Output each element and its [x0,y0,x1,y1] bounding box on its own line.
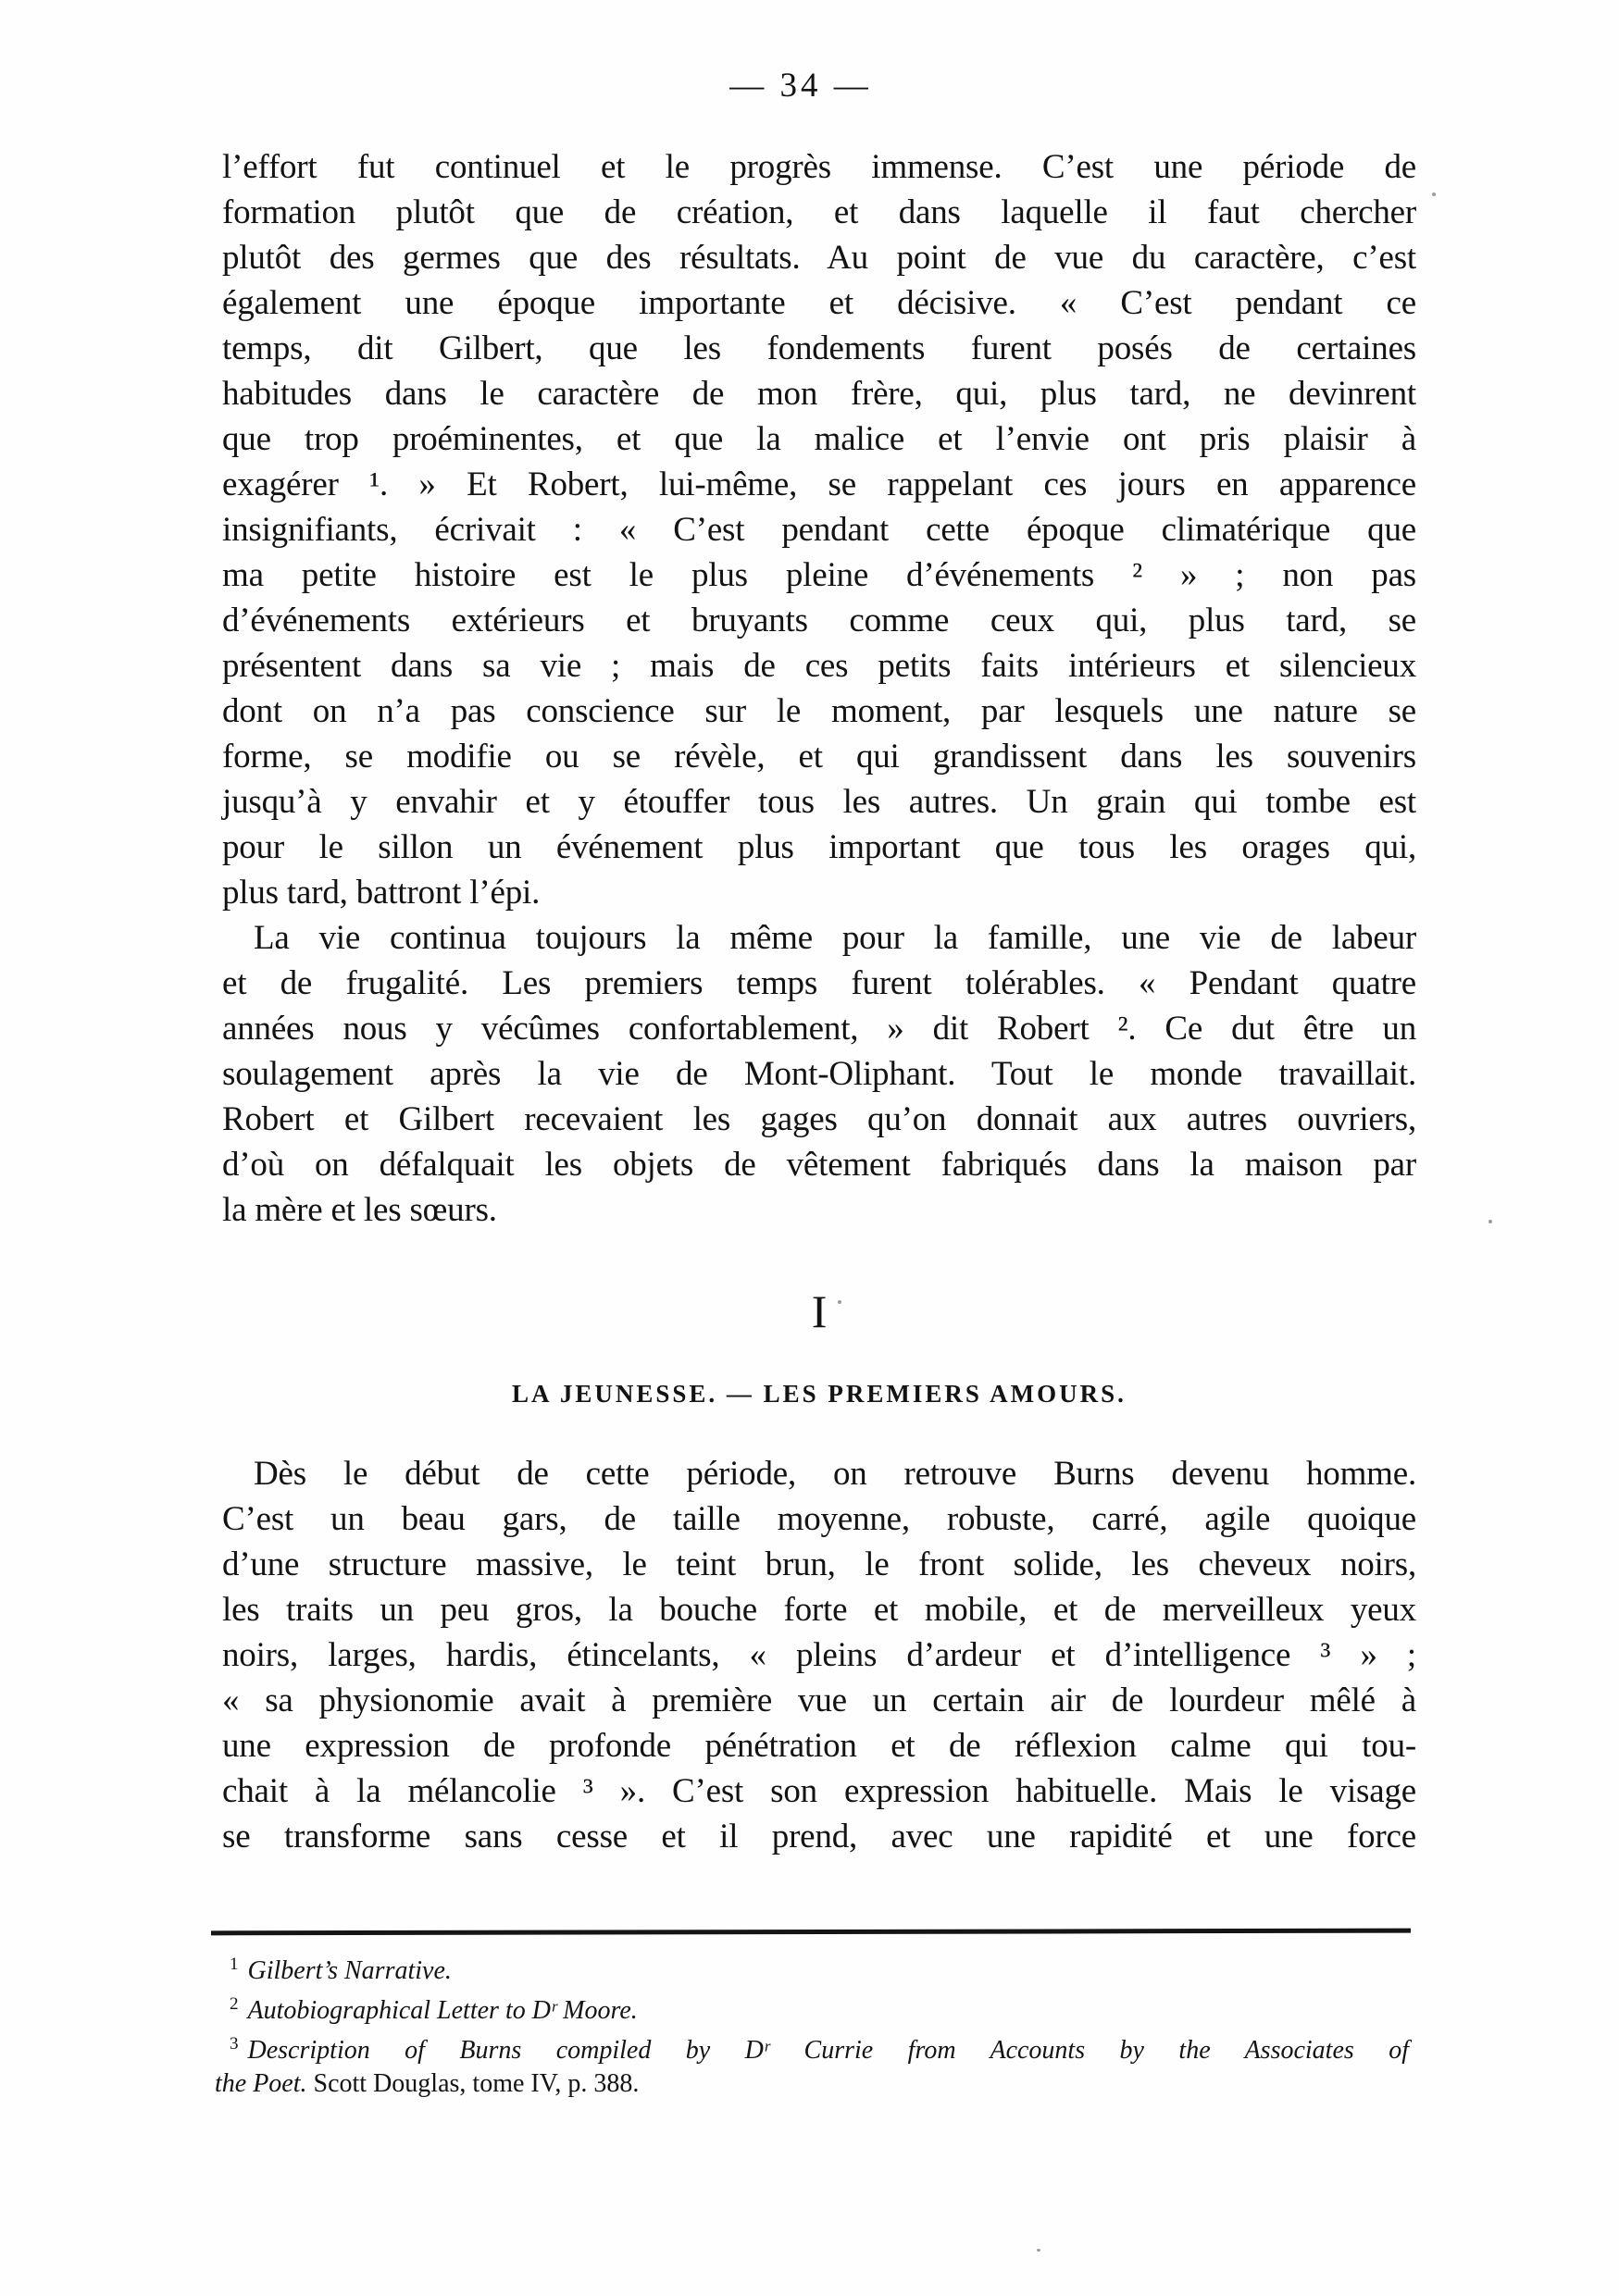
text-line: forme, se modifie ou se révèle, et qui g… [222,734,1416,779]
section-subtitle: LA JEUNESSE. — LES PREMIERS AMOURS. [222,1379,1416,1409]
text-line: La vie continua toujours la même pour la… [222,915,1416,961]
text-line: jusqu’à y envahir et y étouffer tous les… [222,779,1416,825]
text-line: la mère et les sœurs. [222,1187,1416,1233]
text-line: temps, dit Gilbert, que les fondements f… [222,326,1416,371]
text-line: d’où on défalquait les objets de vêtemen… [222,1142,1416,1187]
footnote-rule [211,1929,1411,1936]
footnote-line: 2Autobiographical Letter to Dʳ Moore. [215,1994,1409,2028]
text-line: Dès le début de cette période, on retrou… [222,1451,1416,1496]
footnote-line: the Poet. Scott Douglas, tome IV, p. 388… [215,2067,1409,2101]
footnote: 1Gilbert’s Narrative. [215,1955,1409,1988]
scan-speck [1488,1220,1492,1223]
text-line: l’effort fut continuel et le progrès imm… [222,144,1416,190]
text-line: noirs, larges, hardis, étincelants, « pl… [222,1632,1416,1678]
text-line: insignifiants, écrivait : « C’est pendan… [222,507,1416,552]
footnote-line: 3Description of Burns compiled by Dʳ Cur… [215,2034,1409,2067]
footnote-marker: 1 [230,1955,239,1974]
text-line: exagérer ¹. » Et Robert, lui-même, se ra… [222,462,1416,507]
footnote: 2Autobiographical Letter to Dʳ Moore. [215,1994,1409,2028]
footnote-marker: 2 [230,1994,239,2014]
scan-speck [838,1300,841,1304]
footnotes: 1Gilbert’s Narrative.2Autobiographical L… [215,1955,1409,2107]
text-line: plutôt des germes que des résultats. Au … [222,235,1416,280]
body-text-block: l’effort fut continuel et le progrès imm… [222,144,1416,1233]
text-line: d’événements extérieurs et bruyants comm… [222,598,1416,643]
scan-speck [1037,2249,1040,2252]
footnote-text-roman: Scott Douglas, tome IV, p. 388. [307,2069,640,2098]
book-page: — 34 — l’effort fut continuel et le prog… [0,0,1619,2296]
footnote-marker: 3 [230,2034,239,2054]
text-line: soulagement après la vie de Mont-Oliphan… [222,1051,1416,1097]
footnote-text-italic: Description of Burns compiled by Dʳ Curr… [248,2036,1409,2065]
text-line: présentent dans sa vie ; mais de ces pet… [222,643,1416,689]
text-line: « sa physionomie avait à première vue un… [222,1678,1416,1723]
text-line: formation plutôt que de création, et dan… [222,190,1416,235]
text-line: les traits un peu gros, la bouche forte … [222,1587,1416,1632]
text-line: plus tard, battront l’épi. [222,870,1416,915]
scan-speck [1432,192,1436,196]
text-line: Robert et Gilbert recevaient les gages q… [222,1097,1416,1142]
text-line: une expression de profonde pénétration e… [222,1723,1416,1769]
footnote-text-italic: the Poet. [215,2069,307,2098]
footnote-text-italic: Autobiographical Letter to Dʳ Moore. [248,1996,638,2025]
chapter-text-block: Dès le début de cette période, on retrou… [222,1451,1416,1859]
text-line: et de frugalité. Les premiers temps fure… [222,961,1416,1006]
text-line: ma petite histoire est le plus pleine d’… [222,552,1416,598]
section-numeral: I [222,1285,1416,1338]
text-line: chait à la mélancolie ³ ». C’est son exp… [222,1769,1416,1814]
text-line: dont on n’a pas conscience sur le moment… [222,689,1416,734]
text-line: se transforme sans cesse et il prend, av… [222,1814,1416,1859]
footnote: 3Description of Burns compiled by Dʳ Cur… [215,2034,1409,2101]
text-line: pour le sillon un événement plus importa… [222,825,1416,870]
text-line: d’une structure massive, le teint brun, … [222,1542,1416,1587]
text-line: C’est un beau gars, de taille moyenne, r… [222,1496,1416,1542]
footnote-text-italic: Gilbert’s Narrative. [248,1956,452,1985]
text-line: habitudes dans le caractère de mon frère… [222,371,1416,416]
footnote-line: 1Gilbert’s Narrative. [215,1955,1409,1988]
page-number: — 34 — [222,67,1379,105]
text-line: que trop proéminentes, et que la malice … [222,416,1416,462]
text-line: également une époque importante et décis… [222,280,1416,326]
text-line: années nous y vécûmes confortablement, »… [222,1006,1416,1051]
body-text-column: l’effort fut continuel et le progrès imm… [222,144,1416,1859]
